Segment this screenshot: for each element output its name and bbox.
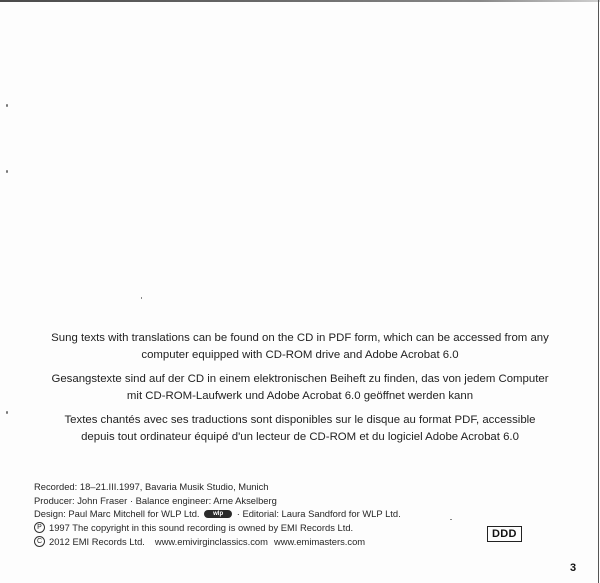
notice-french-line-1: Textes chantés avec ses traductions sont… [64,414,535,426]
credit-phonogram-text: 1997 The copyright in this sound recordi… [49,522,353,533]
scan-speck [6,104,8,107]
credit-design-text: Design: Paul Marc Mitchell for WLP Ltd. [34,508,200,519]
credit-phonogram: P1997 The copyright in this sound record… [34,521,401,535]
credit-producer: Producer: John Fraser · Balance engineer… [34,494,401,508]
notice-english-line-1: Sung texts with translations can be foun… [51,332,549,344]
copyright-symbol-icon: C [34,536,45,547]
credit-recorded: Recorded: 18–21.III.1997, Bavaria Musik … [34,480,401,494]
phonogram-symbol-icon: P [34,522,45,533]
notice-german: Gesangstexte sind auf der CD in einem el… [20,371,580,405]
notice-english-line-2: computer equipped with CD-ROM drive and … [141,349,458,361]
credit-design: Design: Paul Marc Mitchell for WLP Ltd. … [34,507,401,521]
notice-english: Sung texts with translations can be foun… [20,330,580,364]
booklet-page: Sung texts with translations can be foun… [0,0,600,583]
notice-german-line-1: Gesangstexte sind auf der CD in einem el… [51,373,548,385]
credit-copyright-text: 2012 EMI Records Ltd. [49,536,145,547]
scan-right-edge [598,0,599,583]
credit-editorial-text: · Editorial: Laura Sandford for WLP Ltd. [237,508,401,519]
scan-speck [6,411,8,414]
ddd-badge: DDD [487,526,522,542]
lyrics-notice: Sung texts with translations can be foun… [20,330,580,453]
page-number: 3 [570,562,576,574]
scan-top-edge [0,0,600,2]
credits-block: Recorded: 18–21.III.1997, Bavaria Musik … [34,480,401,549]
notice-german-line-2: mit CD-ROM-Laufwerk und Adobe Acrobat 6.… [127,390,473,402]
wlp-logo-icon: wlp [204,510,232,518]
scan-speck [450,519,452,520]
scan-speck [141,297,142,299]
notice-french: Textes chantés avec ses traductions sont… [20,412,580,446]
notice-french-line-2: depuis tout ordinateur équipé d'un lecte… [81,431,519,443]
scan-speck [6,170,8,173]
url-emimasters: www.emimasters.com [274,536,365,547]
credit-copyright: C2012 EMI Records Ltd.www.emivirginclass… [34,535,401,549]
url-emivirginclassics: www.emivirginclassics.com [155,536,268,547]
